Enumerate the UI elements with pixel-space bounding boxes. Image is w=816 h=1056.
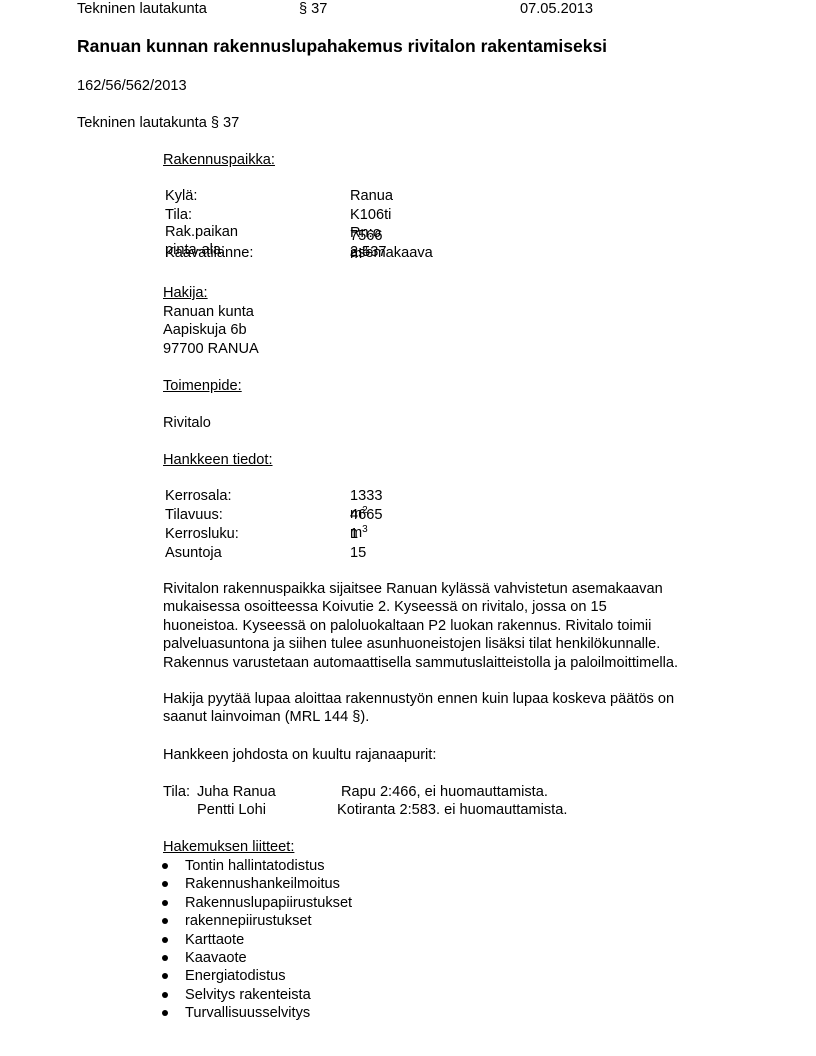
applicant-heading: Hakija: xyxy=(163,284,208,302)
attachment-item: Karttaote xyxy=(160,931,352,949)
building-site-label: Kaavatilanne: xyxy=(165,244,253,262)
neighbors-intro: Hankkeen johdosta on kuultu rajanaapurit… xyxy=(163,746,436,764)
project-label: Kerrosluku: xyxy=(165,525,239,543)
project-label: Asuntoja xyxy=(165,544,222,562)
bullet-icon xyxy=(162,973,168,979)
header-date: 07.05.2013 xyxy=(520,0,593,18)
building-site-value: asemakaava xyxy=(350,244,433,262)
attachment-item: Tontin hallintatodistus xyxy=(160,857,352,875)
action-value: Rivitalo xyxy=(163,414,211,432)
project-label: Tilavuus: xyxy=(165,506,223,524)
description-line: Rivitalon rakennuspaikka sijaitsee Ranua… xyxy=(163,580,763,598)
applicant-line: Ranuan kunta xyxy=(163,303,254,321)
applicant-line: Aapiskuja 6b xyxy=(163,321,247,339)
record-number: 162/56/562/2013 xyxy=(77,77,187,95)
neighbors-prefix: Tila: xyxy=(163,783,190,801)
request-line: Hakija pyytää lupaa aloittaa rakennustyö… xyxy=(163,690,763,708)
header-section: § 37 xyxy=(299,0,327,18)
building-site-value: Ranua xyxy=(350,187,393,205)
request-line: saanut lainvoiman (MRL 144 §). xyxy=(163,708,763,726)
project-value: 1 xyxy=(350,525,358,543)
attachments-heading: Hakemuksen liitteet: xyxy=(163,838,294,856)
bullet-icon xyxy=(162,863,168,869)
bullet-icon xyxy=(162,900,168,906)
bullet-icon xyxy=(162,992,168,998)
header-committee: Tekninen lautakunta xyxy=(77,0,207,18)
bullet-icon xyxy=(162,955,168,961)
bullet-icon xyxy=(162,1010,168,1016)
neighbor-property: Kotiranta 2:583. ei huomauttamista. xyxy=(337,801,567,819)
building-site-label: Kylä: xyxy=(165,187,197,205)
description-line: huoneistoa. Kyseessä on paloluokaltaan P… xyxy=(163,617,763,635)
neighbor-name: Pentti Lohi xyxy=(197,801,266,819)
action-heading: Toimenpide: xyxy=(163,377,242,395)
bullet-icon xyxy=(162,918,168,924)
applicant-line: 97700 RANUA xyxy=(163,340,259,358)
description-paragraph: Rivitalon rakennuspaikka sijaitsee Ranua… xyxy=(163,580,763,672)
neighbor-property: Rapu 2:466, ei huomauttamista. xyxy=(341,783,548,801)
neighbor-name: Juha Ranua xyxy=(197,783,276,801)
attachment-item: Turvallisuusselvitys xyxy=(160,1004,352,1022)
description-line: Rakennus varustetaan automaattisella sam… xyxy=(163,654,763,672)
bullet-icon xyxy=(162,881,168,887)
project-heading: Hankkeen tiedot: xyxy=(163,451,273,469)
attachment-item: Selvitys rakenteista xyxy=(160,986,352,1004)
request-paragraph: Hakija pyytää lupaa aloittaa rakennustyö… xyxy=(163,690,763,727)
attachment-item: Rakennuslupapiirustukset xyxy=(160,894,352,912)
project-label: Kerrosala: xyxy=(165,487,232,505)
building-site-heading: Rakennuspaikka: xyxy=(163,151,275,169)
attachment-item: rakennepiirustukset xyxy=(160,912,352,930)
attachments-list: Tontin hallintatodistus Rakennushankeilm… xyxy=(160,857,352,1023)
bullet-icon xyxy=(162,937,168,943)
attachment-item: Rakennushankeilmoitus xyxy=(160,875,352,893)
document-title: Ranuan kunnan rakennuslupahakemus rivita… xyxy=(77,37,607,55)
description-line: palveluasuntona ja siihen tulee asunhuon… xyxy=(163,635,763,653)
description-line: mukaisessa osoitteessa Koivutie 2. Kysee… xyxy=(163,598,763,616)
project-value: 15 xyxy=(350,544,366,562)
attachment-item: Energiatodistus xyxy=(160,967,352,985)
subheading: Tekninen lautakunta § 37 xyxy=(77,114,239,132)
attachment-item: Kaavaote xyxy=(160,949,352,967)
building-site-label: Tila: xyxy=(165,206,192,224)
